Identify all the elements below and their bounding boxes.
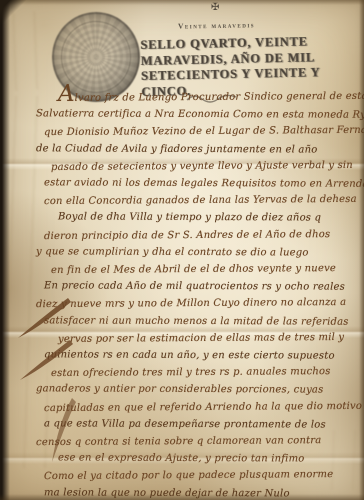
manuscript-line: diez y nueve mrs y uno de Millon Cuyo di… <box>36 294 358 313</box>
page-edge-shadow <box>0 0 364 5</box>
manuscript-line: dieron principio dia de Sr S. Andres de … <box>36 226 358 245</box>
manuscript-line: de la Ciudad de Avila y fiadores juntame… <box>36 140 358 159</box>
manuscript-line: ganaderos y antier por considerables por… <box>36 381 358 400</box>
manuscript-line: capituladas en que el referido Arriendo … <box>36 398 358 417</box>
page-edge-shadow <box>0 494 364 500</box>
stamp-annotation: Veinte maravedis <box>178 20 255 30</box>
manuscript-line: quinientos rs en cada un año, y en este … <box>36 346 358 365</box>
manuscript-body: Alvaro frz de Luengo Procurador Sindico … <box>36 88 358 500</box>
manuscript-line: pasado de setecientos y veynte llevo y A… <box>36 157 358 176</box>
manuscript-line: satisfacer ni aun mucho menos a la mitad… <box>36 312 358 331</box>
page-edge-shadow <box>0 0 10 500</box>
manuscript-line: Como el ya citado por lo que padece plus… <box>36 466 358 485</box>
torn-corner <box>0 0 26 30</box>
manuscript-line: Boyal de dha Villa y tiempo y plazo de d… <box>36 209 358 228</box>
margin-flourish-icon <box>48 396 78 466</box>
manuscript-line: yervas por ser la estimacion de ellas ma… <box>36 329 358 348</box>
manuscript-line: y que se cumplirian y dha el contrato se… <box>36 243 358 262</box>
manuscript-line: en fin de el Mes de Abril de el de dhos … <box>36 260 358 279</box>
manuscript-line: que Dionisio Muñoz Vezino de el Lugar de… <box>36 122 358 141</box>
manuscript-line: estar aviado ni los demas legales Requis… <box>36 174 358 193</box>
manuscript-page: ✠ Veinte maravedis SELLO QVARTO, VEINTE … <box>0 0 364 500</box>
margin-flourish-icon <box>12 286 74 406</box>
page-edge-shadow <box>359 0 364 500</box>
manuscript-line: censos q contra si tenia sobre q clamore… <box>36 432 358 451</box>
manuscript-line: Alvaro frz de Luengo Procurador Sindico … <box>36 87 358 107</box>
manuscript-line: a que esta Villa pa desempeñarse prontam… <box>36 415 358 434</box>
